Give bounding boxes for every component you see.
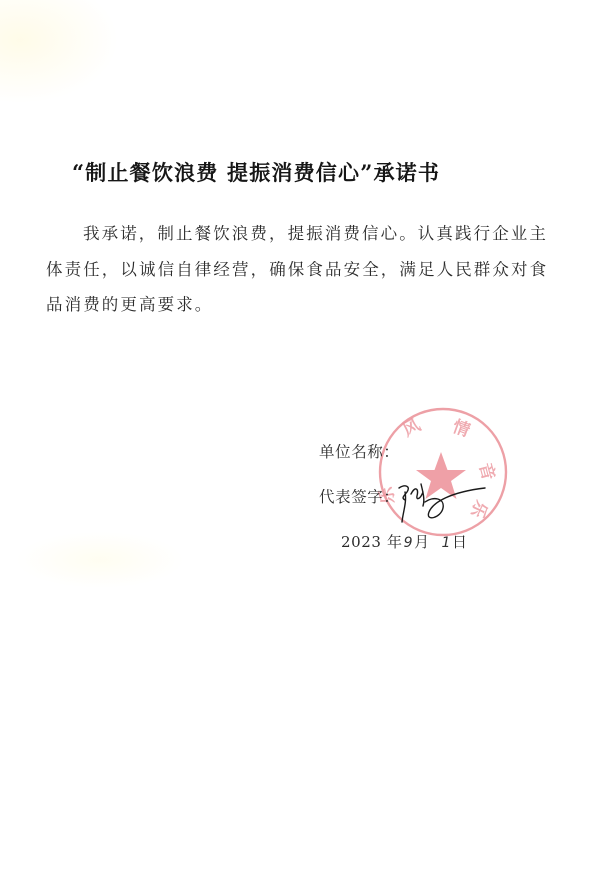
date-month-unit: 月 <box>414 533 430 551</box>
svg-text:风: 风 <box>400 415 425 441</box>
pledge-line-3: 品消费的更高要求。 <box>46 287 536 323</box>
svg-text:情: 情 <box>450 416 473 442</box>
unit-name-field: 单位名称： <box>319 440 400 462</box>
pledge-body: 我承诺，制止餐饮浪费，提振消费信心。认真践行企业主 体责任，以诚信自律经营，确保… <box>46 216 536 323</box>
pledge-line-1: 我承诺，制止餐饮浪费，提振消费信心。认真践行企业主 <box>46 216 536 252</box>
date-year: 2023 <box>341 533 382 551</box>
pledge-line-2: 体责任，以诚信自律经营，确保食品安全，满足人民群众对食 <box>46 252 536 288</box>
unit-name-label: 单位名称： <box>319 443 400 461</box>
document-title: “制止餐饮浪费 提振消费信心”承诺书 <box>72 157 522 187</box>
handwritten-signature-icon <box>385 478 495 528</box>
date-month-handwritten: 9 <box>404 535 414 551</box>
date-day-handwritten: 1 <box>441 535 451 551</box>
svg-text:音: 音 <box>475 461 500 483</box>
official-seal-icon: 风 情 音 乐 乐 <box>377 406 509 538</box>
representative-signature-field: 代表签字： <box>319 485 400 507</box>
date-day-unit: 日 <box>452 533 468 551</box>
date-year-unit: 年 <box>387 533 403 551</box>
document-page: “制止餐饮浪费 提振消费信心”承诺书 我承诺，制止餐饮浪费，提振消费信心。认真践… <box>0 0 591 886</box>
date-field: 2023 年9月 1日 <box>341 531 468 552</box>
svg-text:乐: 乐 <box>465 497 491 522</box>
representative-label: 代表签字： <box>319 488 400 506</box>
